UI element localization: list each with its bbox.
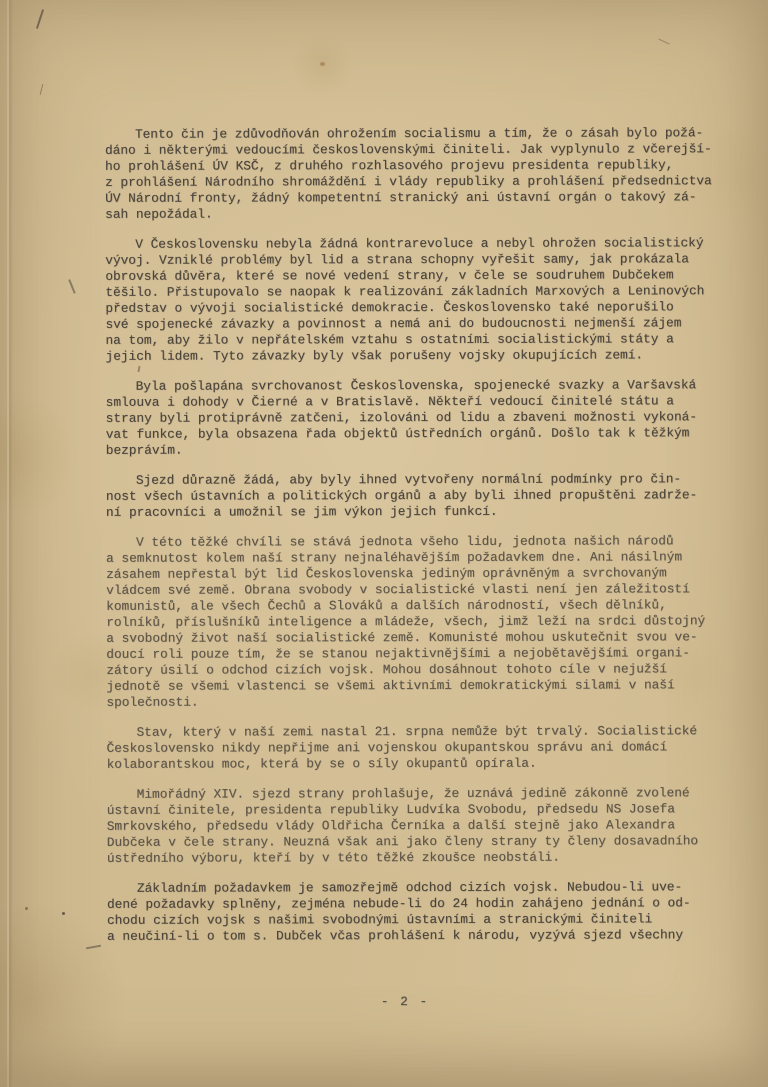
paragraph: Stav, který v naší zemi nastal 21. srpna… xyxy=(106,723,734,773)
paragraph: Sjezd důrazně žádá, aby byly ihned vytvo… xyxy=(106,471,734,521)
paper-speck xyxy=(25,907,28,910)
paragraph: Základním požadavkem je samozřejmě odcho… xyxy=(107,879,735,945)
paragraph: V této těžké chvíli se stává jednota vše… xyxy=(106,533,734,711)
document-body: Tento čin je zdůvodňován ohrožením socia… xyxy=(105,125,735,959)
scanned-typewritten-page: Tento čin je zdůvodňován ohrožením socia… xyxy=(0,0,768,1087)
paragraph: Mimořádný XIV. sjezd strany prohlašuje, … xyxy=(107,785,735,867)
paper-speck xyxy=(320,62,325,66)
scan-left-edge xyxy=(7,0,9,1087)
paper-speck xyxy=(62,912,65,915)
paragraph: V Československu nebyla žádná kontrarevo… xyxy=(105,235,733,365)
paragraph: Byla pošlapána svrchovanost Českoslovens… xyxy=(106,377,734,459)
paragraph: Tento čin je zdůvodňován ohrožením socia… xyxy=(105,125,733,223)
page-number: - 2 - xyxy=(0,994,768,1009)
